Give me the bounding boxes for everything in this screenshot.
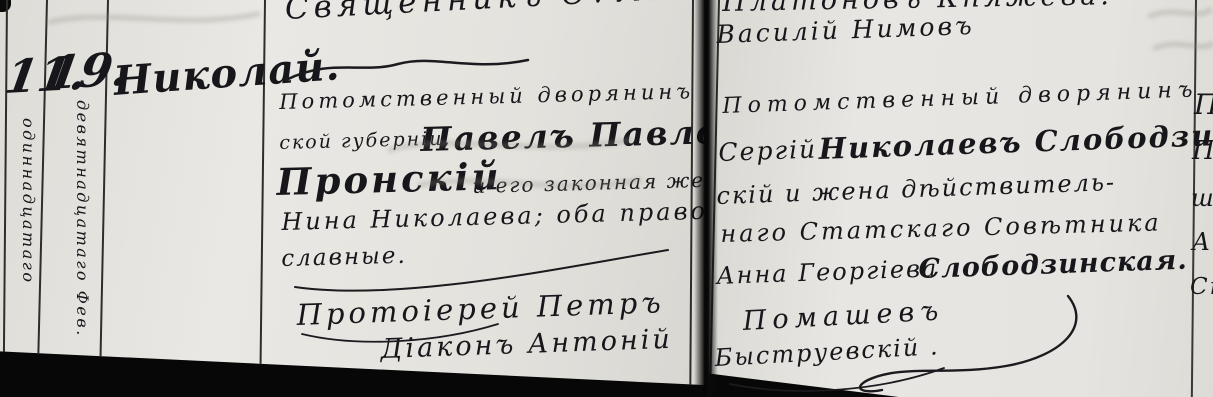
mother-name-line: Нина Николаева; оба право- bbox=[281, 197, 719, 236]
witness-signature-1: Помашевъ bbox=[742, 295, 945, 337]
officiant-header-line: Священникъ Сѵмеонъ bbox=[284, 0, 745, 27]
edge-column-text: Антоній bbox=[1192, 228, 1213, 256]
edge-column-text: шевъ съ bbox=[1191, 184, 1213, 212]
godfather-first-name: Сергій bbox=[718, 135, 818, 167]
godfather-surname: Николаевъ Слободзин- bbox=[818, 117, 1213, 166]
godmother-surname: Слободзинская. bbox=[918, 245, 1188, 285]
witness-signature-2: Быструевскій . bbox=[714, 332, 940, 372]
father-surname: Пронскій bbox=[276, 154, 502, 204]
godmother-name: Анна Георгіева bbox=[716, 254, 939, 290]
column-line bbox=[3, 0, 8, 397]
edge-column-text: Стръевс bbox=[1190, 274, 1213, 300]
scanned-register-spread: 11. 19. одиннадцатаго девятнадцатаго Фев… bbox=[0, 0, 1213, 397]
godparents-text-line: Потомственный дворянинъ bbox=[722, 77, 1199, 119]
edge-column-text: Петръ bbox=[1192, 136, 1213, 166]
godparents-text-line: наго Статскаго Совѣтника bbox=[720, 208, 1162, 248]
parents-text-line: славные. bbox=[281, 243, 407, 272]
page-gutter bbox=[694, 0, 718, 397]
margin-note-vertical-2: девятнадцатаго Фев. bbox=[73, 100, 92, 338]
clergy-signature-deacon: Діаконъ Антоній bbox=[380, 324, 673, 365]
godparents-text-line: скій и жена дѣйствитель- bbox=[716, 168, 1116, 210]
left-page: 11. 19. одиннадцатаго девятнадцатаго Фев… bbox=[0, 0, 706, 397]
right-page: Платоновъ Княжева. Василій Нимовъ Потомс… bbox=[706, 0, 1213, 397]
margin-note-vertical-1: одиннадцатаго bbox=[19, 118, 38, 284]
edge-column-text: Прот bbox=[1194, 88, 1213, 121]
